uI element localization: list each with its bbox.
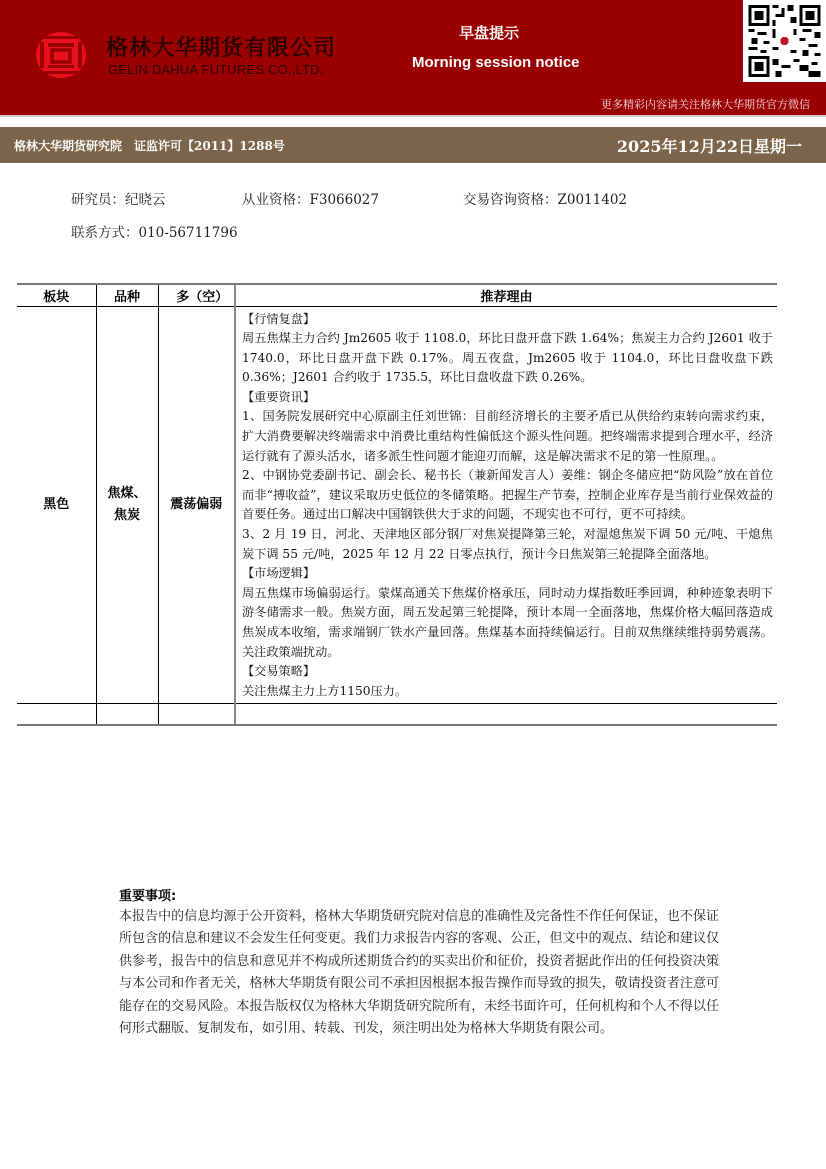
disclaimer: 重要事项: 本报告中的信息均源于公开资料，格林大华期货研究院对信息的准确性及完备… [119,885,719,1040]
recommendation-table: 板块 品种 多（空） 推荐理由 黑色 焦煤、 焦炭 震荡偏弱 【行情复盘】 周五… [17,283,777,726]
table-row: 黑色 焦煤、 焦炭 震荡偏弱 【行情复盘】 周五焦煤主力合约 Jm2605 收于… [17,306,777,704]
table-header-row: 板块 品种 多（空） 推荐理由 [17,284,777,306]
header-direction: 多（空） [158,284,235,306]
wechat-follow-note: 更多精彩内容请关注格林大华期货官方微信 [601,96,810,112]
qualification: 从业资格：F3066027 [242,188,379,208]
report-title-en: Morning session notice [412,54,580,71]
empty-cell [17,704,96,725]
strategy-text: 关注焦煤主力上方1150压力。 [242,682,773,702]
report-title-cn: 早盘提示 [459,22,519,43]
cell-direction: 震荡偏弱 [158,306,235,704]
header-banner: 格林大华期货有限公司 GELIN DAHUA FUTURES CO.,LTD. … [0,0,826,117]
variety-line-1: 焦煤、 [97,483,158,505]
section-heading-news: 【重要资讯】 [242,388,773,408]
logic-text: 周五焦煤市场偏弱运行。蒙煤高通关下焦煤价格承压，同时动力煤指数旺季回调，种种迹象… [242,584,773,662]
wechat-qr-code [743,0,826,82]
divider [0,115,826,117]
info-bar: 格林大华期货研究院 证监许可【2011】1288号 2025年12月22日星期一 [0,127,826,163]
institute-license: 格林大华期货研究院 证监许可【2011】1288号 [14,137,285,154]
empty-cell [96,704,158,725]
header-variety: 品种 [96,284,158,306]
review-text: 周五焦煤主力合约 Jm2605 收于 1108.0，环比日盘开盘下跌 1.64%… [242,329,773,388]
variety-line-2: 焦炭 [97,505,158,527]
news-item-3: 3、2 月 19 日，河北、天津地区部分钢厂对焦炭提降第三轮，对湿熄焦炭下调 5… [242,525,773,564]
table-empty-row [17,704,777,725]
report-date: 2025年12月22日星期一 [617,134,802,157]
researcher: 研究员：纪晓云 [71,188,166,208]
news-item-1: 1、国务院发展研究中心原副主任刘世锦：目前经济增长的主要矛盾已从供给约束转向需求… [242,407,773,466]
empty-cell [235,704,777,725]
header-reason: 推荐理由 [235,284,777,306]
company-name-cn: 格林大华期货有限公司 [106,31,336,62]
consult-qualification: 交易咨询资格：Z0011402 [463,188,627,208]
cell-sector: 黑色 [17,306,96,704]
contact: 联系方式：010-56711796 [71,221,238,241]
header-sector: 板块 [17,284,96,306]
news-item-2: 2、中钢协党委副书记、副会长、秘书长（兼新闻发言人）姜维：钢企冬储应把“防风险”… [242,466,773,525]
empty-cell [158,704,235,725]
disclaimer-title: 重要事项: [119,885,719,904]
disclaimer-body: 本报告中的信息均源于公开资料，格林大华期货研究院对信息的准确性及完备性不作任何保… [119,906,719,1040]
cell-variety: 焦煤、 焦炭 [96,306,158,704]
section-heading-logic: 【市场逻辑】 [242,564,773,584]
company-logo-icon [34,30,88,80]
section-heading-strategy: 【交易策略】 [242,662,773,682]
cell-reason: 【行情复盘】 周五焦煤主力合约 Jm2605 收于 1108.0，环比日盘开盘下… [235,306,777,704]
company-name-en: GELIN DAHUA FUTURES CO.,LTD. [108,62,324,77]
section-heading-review: 【行情复盘】 [242,310,773,330]
